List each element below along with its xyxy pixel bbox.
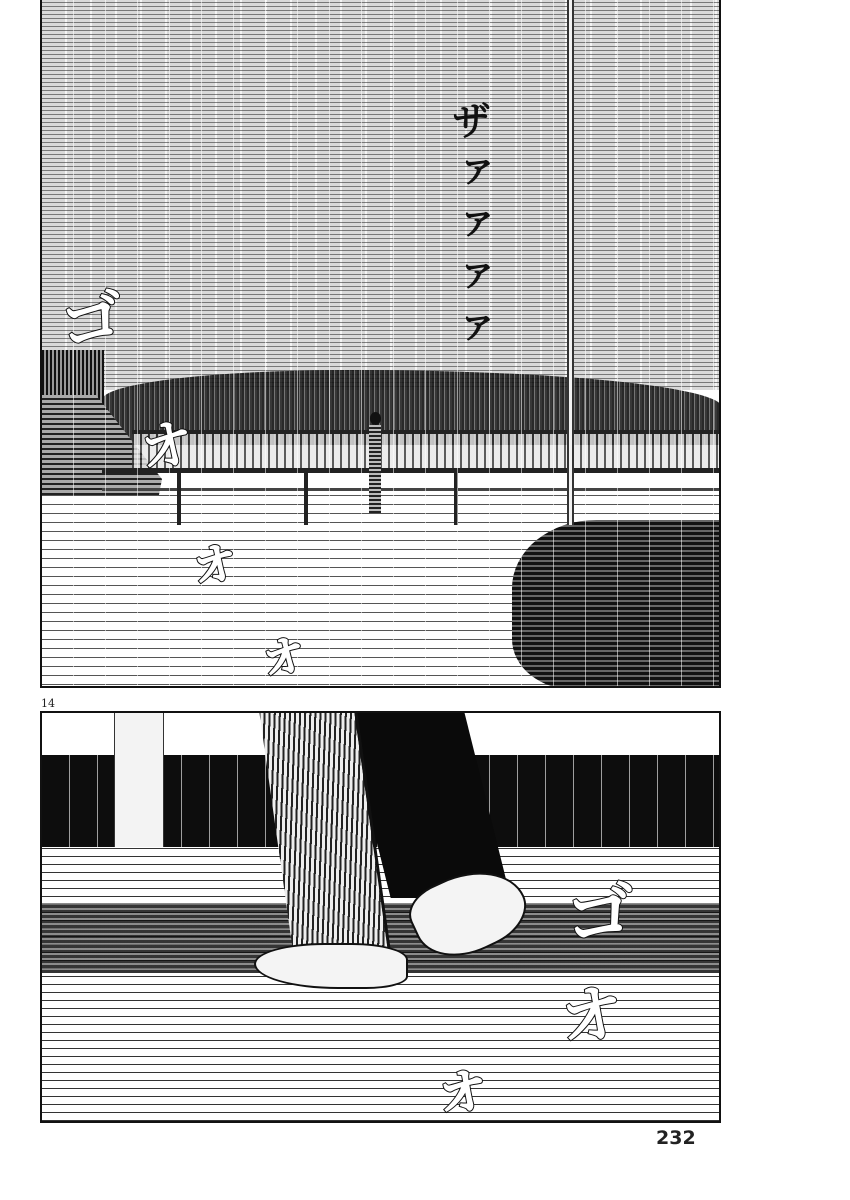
sfx-char: ゴ bbox=[562, 877, 639, 954]
sfx-char: オ bbox=[555, 980, 629, 1054]
side-page-number: 14 bbox=[41, 697, 55, 710]
railing-bars bbox=[132, 434, 721, 468]
railing-post bbox=[454, 470, 458, 525]
sfx-char: ォ bbox=[425, 1050, 499, 1124]
page-number: 232 bbox=[656, 1127, 696, 1149]
manga-panel-1 bbox=[40, 0, 721, 688]
railing-top bbox=[132, 430, 721, 434]
pillar bbox=[114, 713, 164, 847]
figure-body bbox=[369, 425, 381, 513]
sfx-rain: ザァァァァ bbox=[448, 100, 488, 360]
sfx-char: オ bbox=[135, 415, 199, 479]
railing-post bbox=[304, 470, 308, 525]
walking-figure bbox=[368, 412, 382, 518]
utility-pole bbox=[567, 0, 574, 525]
sfx-char: ォ bbox=[180, 525, 249, 594]
railing-low bbox=[102, 488, 721, 491]
sfx-char: ゴ bbox=[55, 285, 129, 359]
railing-post bbox=[177, 470, 181, 525]
puddle-shadow bbox=[512, 520, 721, 688]
figure-head bbox=[370, 412, 381, 425]
rainy-sky bbox=[42, 0, 719, 390]
